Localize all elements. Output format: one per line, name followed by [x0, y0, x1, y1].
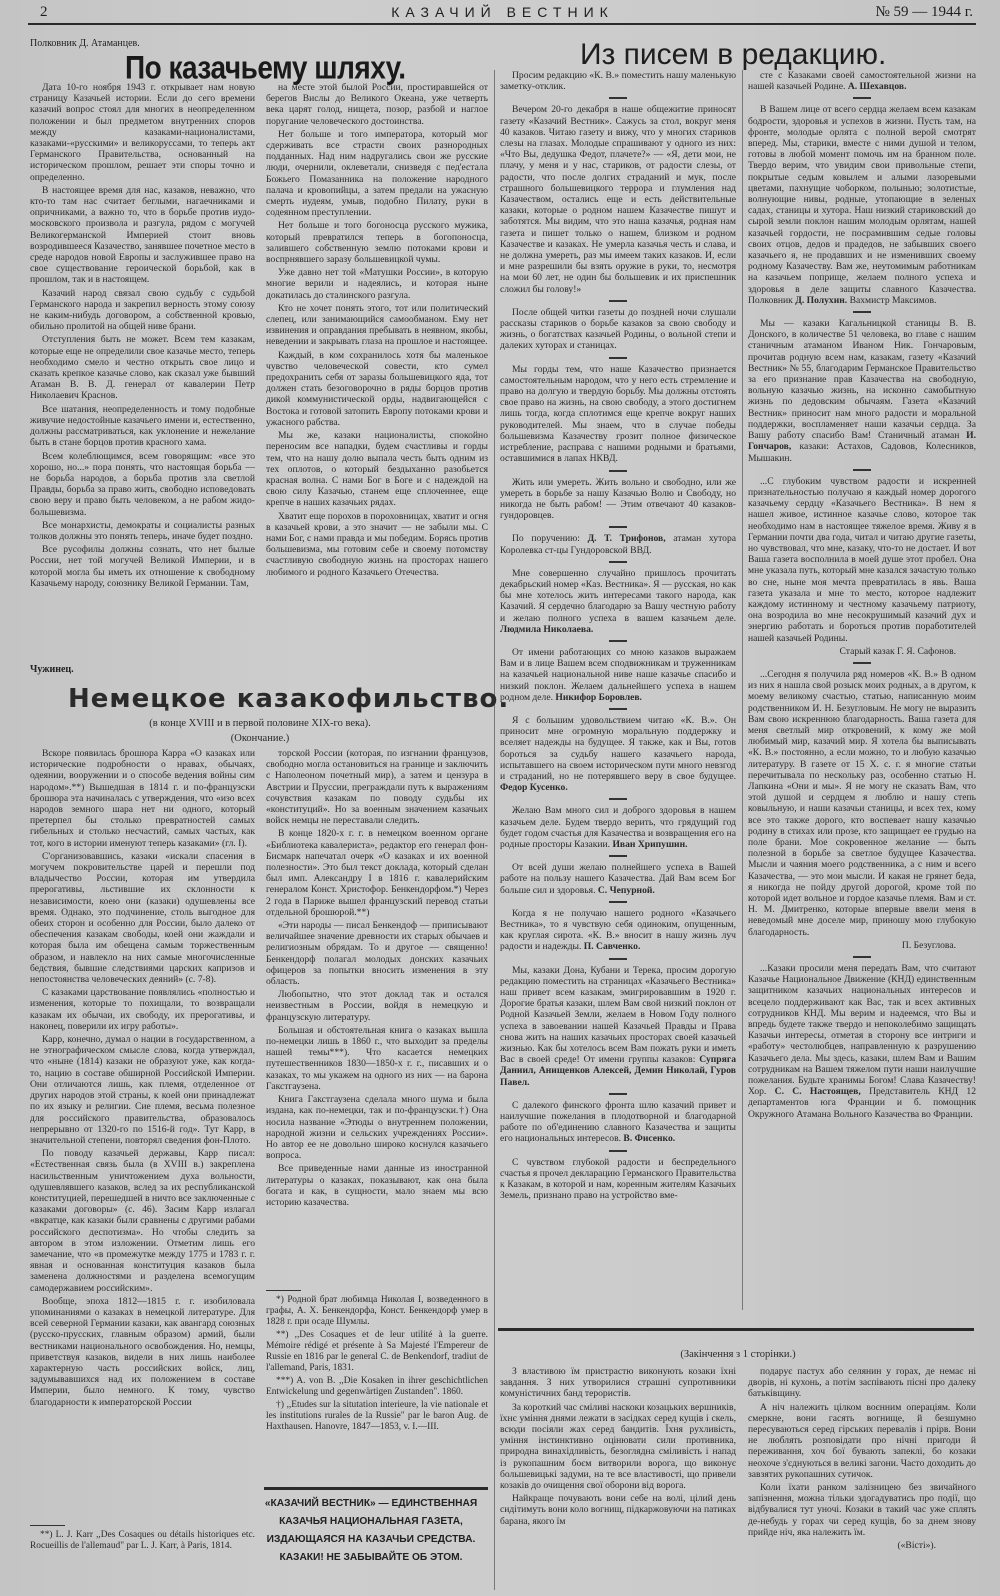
letter-separator	[609, 357, 627, 359]
paragraph: Все русофилы должны сознать, что нет был…	[30, 544, 255, 589]
article3-subtitle: (в конце XVIII и в первой половине XIX-г…	[30, 718, 490, 729]
letter-separator	[609, 708, 627, 710]
paragraph: ***) A. von B. ,,Die Kosaken in ihrer ge…	[266, 1376, 488, 1398]
letter-separator	[609, 561, 627, 563]
letter-separator	[609, 958, 627, 960]
letter-signature: Федор Кусенко.	[500, 782, 568, 793]
letter-signature: Людмила Николаева.	[500, 624, 593, 635]
paragraph: торской России (которая, по изгнании фра…	[266, 748, 488, 826]
letter: С далекого финского фронта шлю казачий п…	[500, 1100, 736, 1145]
paragraph: В конце 1820-х г. г. в немецком военном …	[266, 828, 488, 918]
paragraph: За короткий час сміливі наскоки козацьки…	[500, 1402, 736, 1492]
letter: После общей читки газеты до поздней ночи…	[500, 307, 736, 352]
paragraph: В настоящее время для нас, казаков, нева…	[30, 185, 255, 286]
paragraph: Все шатания, неопределенность и тому под…	[30, 404, 255, 449]
letter: От имени работающих со мною казаков выра…	[500, 647, 736, 703]
paragraph: **) L. J. Karr ,,Des Cosaques ou détails…	[30, 1530, 255, 1552]
paragraph: Все приведенные нами данные из иностранн…	[266, 1163, 488, 1208]
footer-ad-rule	[264, 1487, 488, 1490]
newspaper-title: КАЗАЧИЙ ВЕСТНИК	[30, 4, 975, 20]
article1-column-2: на месте этой былой России, простиравшей…	[266, 82, 488, 657]
paragraph: Отступления быть не может. Всем тем каза…	[30, 334, 255, 401]
footnote-rule	[266, 1290, 301, 1291]
masthead-rule	[28, 23, 976, 25]
letter: Мы — казаки Кагальницкой станицы В. В. Д…	[748, 318, 976, 464]
letter-separator	[609, 300, 627, 302]
letter: Мы горды тем, что наше Казачество призна…	[500, 364, 736, 465]
footnote-rule	[30, 1525, 65, 1526]
letter-signature: Иван Хрипушин.	[612, 839, 687, 850]
paragraph: Нет больше и того богоносца русского муж…	[266, 220, 488, 265]
letter-separator	[609, 470, 627, 472]
paragraph: **) ,,Des Cosaques et de leur utilité à …	[266, 1330, 488, 1374]
letter-separator	[609, 855, 627, 857]
paragraph: «Эти народы — писал Бенкендоф — приписыв…	[266, 920, 488, 987]
letter-separator	[609, 526, 627, 528]
letters-column-1: Просим редакцию «К. В.» поместить нашу м…	[500, 70, 736, 1312]
paragraph: Вскоре появилась брошюра Карра «О казака…	[30, 748, 255, 849]
paragraph: Коли їхати ранком залізницею без звичайн…	[748, 1482, 976, 1538]
paragraph: Мы же, казаки националисты, спокойно пер…	[266, 430, 488, 508]
letter-separator	[609, 798, 627, 800]
article3-headline: Немецкое казакофильство.	[68, 684, 509, 714]
letter: ...С глубоким чувством радости и искренн…	[748, 476, 976, 644]
letter: сте с Казаками своей самостоятельной жиз…	[748, 70, 976, 92]
letter-signoff: П. Безуглова.	[748, 940, 956, 951]
letter-signoff: Старый казак Г. Я. Сафонов.	[748, 646, 956, 657]
letter-separator	[609, 1150, 627, 1152]
footer-advertisement: «КАЗАЧИЙ ВЕСТНИК» — ЕДИНСТВЕННАЯ КАЗАЧЬЯ…	[262, 1495, 480, 1567]
paragraph: Найкраще почувають вони себе на волі, ці…	[500, 1493, 736, 1527]
paragraph: С казаками царствование появлялись «полн…	[30, 987, 255, 1032]
article3-footnotes-1: **) L. J. Karr ,,Des Cosaques ou détails…	[30, 1525, 255, 1585]
letter-signature: П. Савченко.	[584, 941, 641, 952]
letter: Просим редакцию «К. В.» поместить нашу м…	[500, 70, 736, 92]
issue-number: № 59 — 1944 г.	[875, 4, 973, 21]
letter-separator	[853, 97, 871, 99]
letter-signature: Никифор Боровлев.	[555, 692, 642, 703]
article4-source: («Вісті»).	[748, 1540, 936, 1551]
letter: ...Казаки просили меня передать Вам, что…	[748, 963, 976, 1120]
paragraph: По поводу казачьей державы, Карр писал: …	[30, 1148, 255, 1294]
letter-separator	[853, 469, 871, 471]
letter-separator	[853, 311, 871, 313]
letter-signature: С. С. Настоящев,	[775, 1086, 861, 1097]
letter-signature: А. Шехавцов.	[848, 81, 907, 92]
letter-signature: В. Фисенко.	[623, 1133, 675, 1144]
letter-separator	[609, 97, 627, 99]
paragraph: †) ,,Etudes sur la situtation interieure…	[266, 1400, 488, 1433]
column-divider	[494, 70, 495, 1590]
letter-signature: Д. Т. Трифонов,	[588, 533, 666, 544]
article4-column-2: подарує пастух або селянин у горах, де н…	[748, 1366, 976, 1591]
article3-footnotes-2: *) Родной брат любимца Николая I, возвед…	[266, 1290, 488, 1470]
article1-headline: По казачьему шляху.	[125, 50, 406, 87]
letter: Мне совершенно случайно пришлось прочита…	[500, 568, 736, 635]
letter: Жить или умереть. Жить вольно и свободно…	[500, 477, 736, 522]
article3-column-2: торской России (которая, по изгнании фра…	[266, 748, 488, 1288]
article4-column-1: З властивою їм пристрастю виконують коза…	[500, 1366, 736, 1591]
paragraph: Дата 10-го ноября 1943 г. открывает нам …	[30, 82, 255, 183]
paragraph: Казачий народ связал свою судьбу с судьб…	[30, 288, 255, 333]
paragraph: Карр, конечно, думал о нации в государст…	[30, 1034, 255, 1146]
newspaper-page: 2 КАЗАЧИЙ ВЕСТНИК № 59 — 1944 г. Полковн…	[0, 0, 1000, 1596]
letter: ...Сегодня я получила ряд номеров «К. В.…	[748, 669, 976, 938]
paragraph: подарує пастух або селянин у горах, де н…	[748, 1366, 976, 1400]
paragraph: Вообще, эпоха 1812—1815 г. г. изобиловал…	[30, 1296, 255, 1408]
letter-signature: Д. Полухин.	[795, 295, 847, 306]
letter: По поручению: Д. Т. Трифонов, атаман хут…	[500, 533, 736, 555]
letter-separator	[609, 640, 627, 642]
article1-column-1: Дата 10-го ноября 1943 г. открывает нам …	[30, 82, 255, 657]
paragraph: Всем колеблющимся, всем говорящим: «все …	[30, 451, 255, 518]
paragraph: З властивою їм пристрастю виконують коза…	[500, 1366, 736, 1400]
letter: С чувством глубокой радости и беспредель…	[500, 1157, 736, 1202]
letter: Когда я не получаю нашего родного «Казач…	[500, 908, 736, 953]
paragraph: Все монархисты, демократы и социалисты р…	[30, 520, 255, 542]
article2-headline: Из писем в редакцию.	[580, 38, 886, 72]
paragraph: *) Родной брат любимца Николая I, возвед…	[266, 1295, 488, 1328]
section-rule	[498, 1328, 974, 1331]
paragraph: на месте этой былой России, простиравшей…	[266, 82, 488, 127]
letter-separator	[609, 1093, 627, 1095]
column-divider	[742, 70, 743, 1310]
article3-byline: Чужинец.	[30, 664, 74, 675]
paragraph: А ніч належить цілком воєнним операціям.…	[748, 1402, 976, 1480]
letter-separator	[609, 901, 627, 903]
paragraph: Хватит еще порохов в пороховницах, хвати…	[266, 511, 488, 578]
paragraph: Любопытно, что этот доклад так и остался…	[266, 989, 488, 1023]
paragraph: С'организовавшись, казаки «искали спасен…	[30, 851, 255, 985]
article1-byline: Полковник Д. Атаманцев.	[30, 38, 140, 49]
letter: Я с большим удовольствием читаю «К. В.».…	[500, 715, 736, 793]
letter: В Вашем лице от всего сердца желаем всем…	[748, 104, 976, 306]
article3-continuation-note: (Окончание.)	[30, 733, 490, 744]
letter-separator	[853, 956, 871, 958]
letter: От всей души желаю полнейшего успеха в В…	[500, 862, 736, 896]
letter-signature: С. Чепурной.	[598, 885, 655, 896]
letters-column-2: сте с Казаками своей самостоятельной жиз…	[748, 70, 976, 1312]
article3-column-1: Вскоре появилась брошюра Карра «О казака…	[30, 748, 255, 1520]
paragraph: Кто не хочет понять этого, тот или полит…	[266, 303, 488, 348]
letter: Мы, казаки Дона, Кубани и Терека, просим…	[500, 965, 736, 1088]
paragraph: Каждый, в ком сохранилось хотя бы малень…	[266, 350, 488, 428]
letter-separator	[853, 662, 871, 664]
paragraph: Большая и обстоятельная книга о казаках …	[266, 1025, 488, 1092]
letter: Желаю Вам много сил и доброго здоровья в…	[500, 805, 736, 850]
paragraph: Нет больше и того императора, который мо…	[266, 129, 488, 219]
masthead: 2 КАЗАЧИЙ ВЕСТНИК № 59 — 1944 г.	[30, 4, 975, 22]
letter: Вечером 20-го декабря в наше общежитие п…	[500, 104, 736, 294]
article4-continuation-note: (Закінчення з 1 сторінки.)	[500, 1349, 976, 1360]
paragraph: Книга Гакстгаузена сделала много шума и …	[266, 1094, 488, 1161]
paragraph: Уже давно нет той «Матушки России», в ко…	[266, 267, 488, 301]
